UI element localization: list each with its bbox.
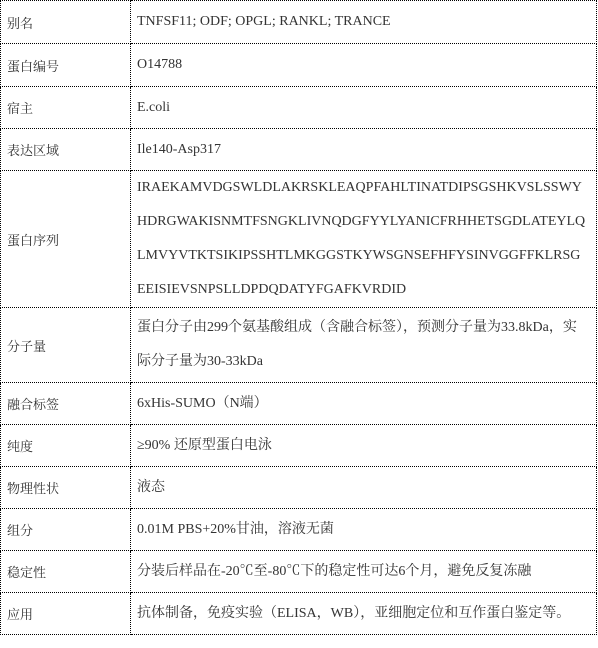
- row-application: 应用 抗体制备，免疫实验（ELISA，WB），亚细胞定位和互作蛋白鉴定等。: [1, 593, 597, 635]
- row-sequence: 蛋白序列 IRAEKAMVDGSWLDLAKRSKLEAQPFAHLTINATD…: [1, 171, 597, 308]
- value-host: E.coli: [131, 87, 597, 129]
- label-application: 应用: [1, 593, 131, 635]
- value-purity: ≥90% 还原型蛋白电泳: [131, 425, 597, 467]
- row-alias: 别名 TNFSF11; ODF; OPGL; RANKL; TRANCE: [1, 1, 597, 44]
- sequence-line-4: EEISIEVSNPSLLDPDQDATYFGAFKVRDID: [137, 273, 596, 307]
- row-physical-state: 物理性状 液态: [1, 467, 597, 509]
- molecular-weight-line-2: 际分子量为30-33kDa: [137, 345, 596, 379]
- label-purity: 纯度: [1, 425, 131, 467]
- sequence-line-1: IRAEKAMVDGSWLDLAKRSKLEAQPFAHLTINATDIPSGS…: [137, 171, 596, 205]
- sequence-line-2: HDRGWAKISNMTFSNGKLIVNQDGFYYLYANICFRHHETS…: [137, 205, 596, 239]
- product-spec-table: 别名 TNFSF11; ODF; OPGL; RANKL; TRANCE 蛋白编…: [0, 0, 597, 635]
- label-sequence: 蛋白序列: [1, 171, 131, 308]
- value-protein-id: O14788: [131, 44, 597, 87]
- label-host: 宿主: [1, 87, 131, 129]
- label-stability: 稳定性: [1, 551, 131, 593]
- molecular-weight-line-1: 蛋白分子由299个氨基酸组成（含融合标签），预测分子量为33.8kDa，实: [137, 311, 596, 345]
- sequence-line-3: LMVYVTKTSIKIPSSHTLMKGGSTKYWSGNSEFHFYSINV…: [137, 239, 596, 273]
- label-alias: 别名: [1, 1, 131, 44]
- row-protein-id: 蛋白编号 O14788: [1, 44, 597, 87]
- value-molecular-weight: 蛋白分子由299个氨基酸组成（含融合标签），预测分子量为33.8kDa，实 际分…: [131, 308, 597, 383]
- value-physical-state: 液态: [131, 467, 597, 509]
- value-expression-region: Ile140-Asp317: [131, 129, 597, 171]
- label-physical-state: 物理性状: [1, 467, 131, 509]
- label-composition: 组分: [1, 509, 131, 551]
- value-fusion-tag: 6xHis-SUMO（N端）: [131, 383, 597, 425]
- value-stability: 分装后样品在-20℃至-80℃下的稳定性可达6个月，避免反复冻融: [131, 551, 597, 593]
- value-application: 抗体制备，免疫实验（ELISA，WB），亚细胞定位和互作蛋白鉴定等。: [131, 593, 597, 635]
- row-purity: 纯度 ≥90% 还原型蛋白电泳: [1, 425, 597, 467]
- value-composition: 0.01M PBS+20%甘油，溶液无菌: [131, 509, 597, 551]
- label-expression-region: 表达区域: [1, 129, 131, 171]
- label-fusion-tag: 融合标签: [1, 383, 131, 425]
- row-stability: 稳定性 分装后样品在-20℃至-80℃下的稳定性可达6个月，避免反复冻融: [1, 551, 597, 593]
- row-expression-region: 表达区域 Ile140-Asp317: [1, 129, 597, 171]
- row-composition: 组分 0.01M PBS+20%甘油，溶液无菌: [1, 509, 597, 551]
- label-molecular-weight: 分子量: [1, 308, 131, 383]
- row-host: 宿主 E.coli: [1, 87, 597, 129]
- value-sequence: IRAEKAMVDGSWLDLAKRSKLEAQPFAHLTINATDIPSGS…: [131, 171, 597, 308]
- value-alias: TNFSF11; ODF; OPGL; RANKL; TRANCE: [131, 1, 597, 44]
- label-protein-id: 蛋白编号: [1, 44, 131, 87]
- row-molecular-weight: 分子量 蛋白分子由299个氨基酸组成（含融合标签），预测分子量为33.8kDa，…: [1, 308, 597, 383]
- row-fusion-tag: 融合标签 6xHis-SUMO（N端）: [1, 383, 597, 425]
